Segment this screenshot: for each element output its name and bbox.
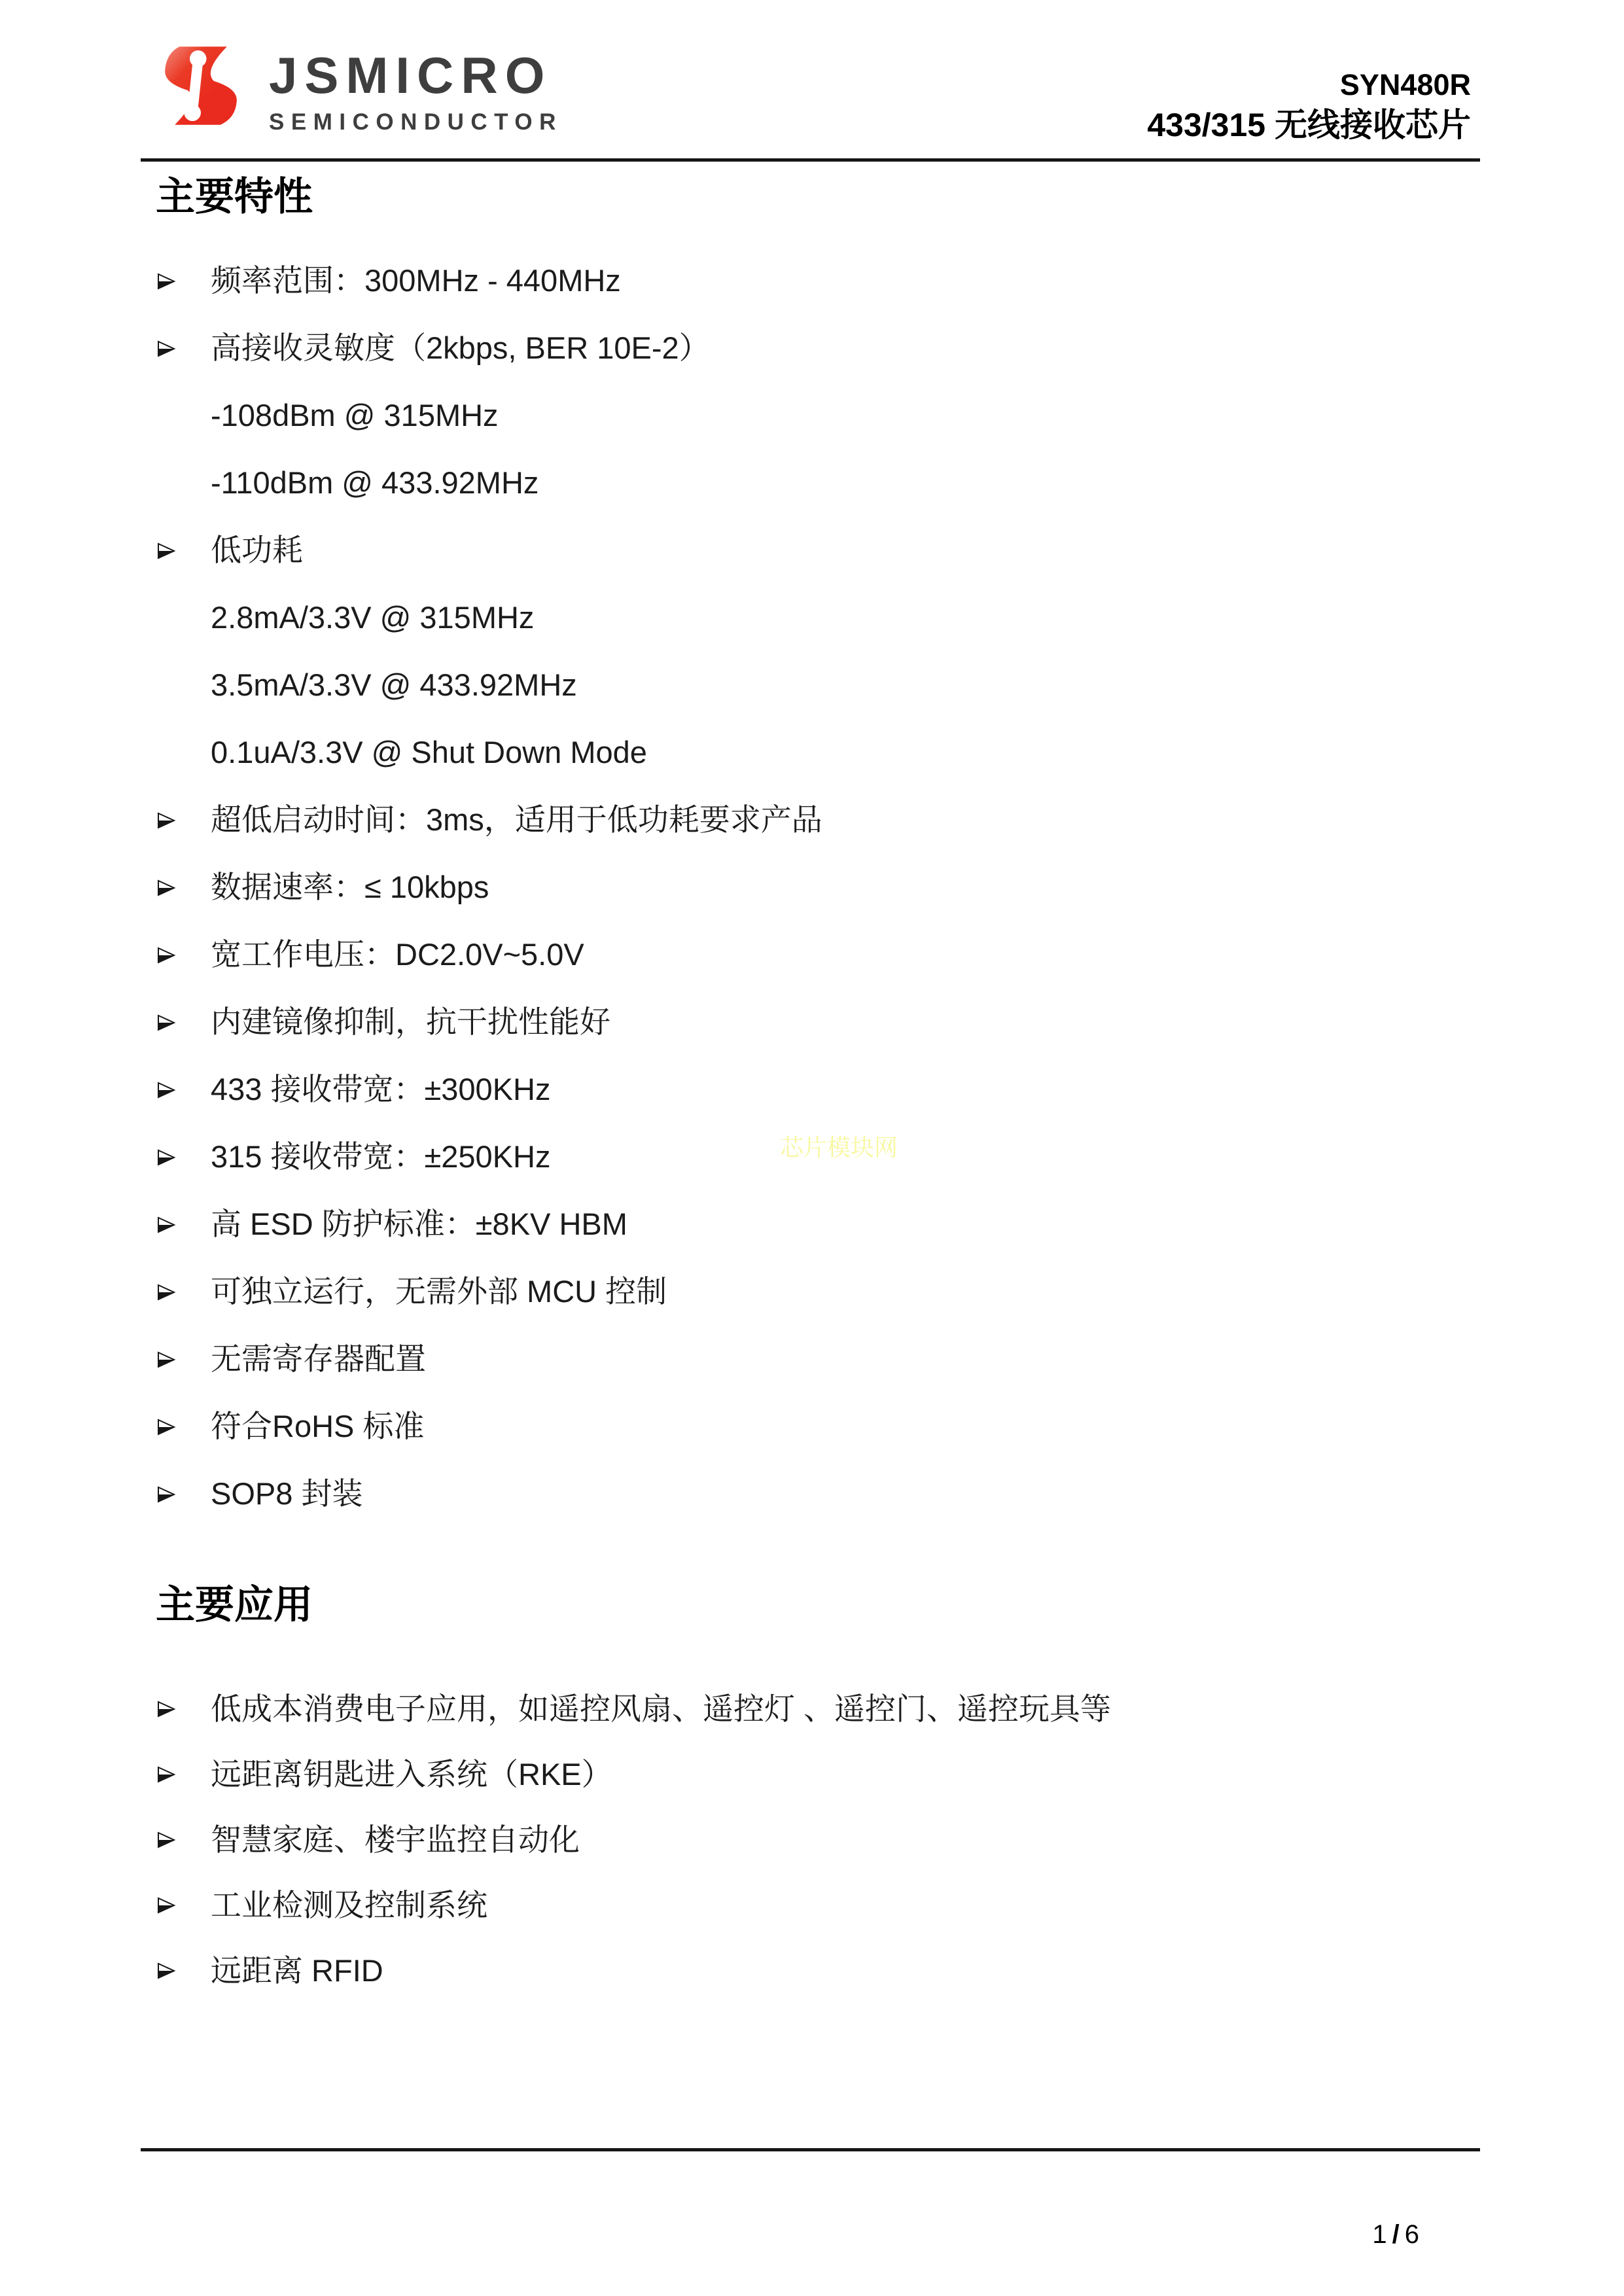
- application-text: 智慧家庭、楼宇监控自动化: [211, 1822, 580, 1858]
- feature-text: -110dBm @ 433.92MHz: [211, 465, 538, 501]
- site-watermark: 芯片模块网: [780, 1136, 898, 1159]
- page-separator: /: [1387, 2220, 1405, 2249]
- feature-item: 符合RoHS 标准: [156, 1393, 1485, 1460]
- feature-item: 低功耗: [156, 517, 1485, 584]
- application-text: 工业检测及控制系统: [211, 1888, 487, 1923]
- document-title-block: SYN480R 433/315 无线接收芯片: [1147, 69, 1471, 143]
- feature-subitem: -110dBm @ 433.92MHz: [156, 450, 1485, 517]
- logo-brand-text: JSMICRO: [269, 50, 563, 101]
- feature-text: 超低启动时间：3ms，适用于低功耗要求产品: [211, 802, 822, 838]
- arrow-bullet-icon: [156, 1830, 176, 1850]
- feature-item: 433 接收带宽：±300KHz: [156, 1056, 1485, 1123]
- product-name: SYN480R: [1147, 69, 1471, 101]
- application-text: 低成本消费电子应用，如遥控风扇、遥控灯 、遥控门、遥控玩具等: [211, 1691, 1111, 1727]
- logo-wordmark: JSMICRO SEMICONDUCTOR: [269, 50, 563, 133]
- arrow-bullet-icon: [156, 878, 176, 898]
- feature-text: 内建镜像抑制，抗干扰性能好: [211, 1004, 610, 1040]
- logo-tagline-text: SEMICONDUCTOR: [269, 111, 563, 133]
- applications-list: 低成本消费电子应用，如遥控风扇、遥控灯 、遥控门、遥控玩具等 远距离钥匙进入系统…: [156, 1676, 1485, 2004]
- arrow-bullet-icon: [156, 541, 176, 561]
- company-logo: JSMICRO SEMICONDUCTOR: [159, 34, 563, 137]
- application-item: 工业检测及控制系统: [156, 1873, 1485, 1938]
- feature-item: 无需寄存器配置: [156, 1326, 1485, 1393]
- feature-text: 0.1uA/3.3V @ Shut Down Mode: [211, 735, 647, 770]
- product-subtitle: 433/315 无线接收芯片: [1147, 107, 1471, 143]
- page-number: 1/6: [1372, 2220, 1419, 2250]
- arrow-bullet-icon: [156, 1148, 176, 1167]
- feature-item: 超低启动时间：3ms，适用于低功耗要求产品: [156, 786, 1485, 854]
- application-text: 远距离钥匙进入系统（RKE）: [211, 1757, 612, 1792]
- feature-text: 数据速率：≤ 10kbps: [211, 870, 489, 905]
- footer-rule: [141, 2148, 1480, 2151]
- feature-text: 无需寄存器配置: [211, 1341, 426, 1377]
- feature-text: SOP8 封装: [211, 1476, 362, 1511]
- feature-item: 内建镜像抑制，抗干扰性能好: [156, 989, 1485, 1056]
- application-item: 远距离 RFID: [156, 1938, 1485, 2004]
- feature-subitem: -108dBm @ 315MHz: [156, 382, 1485, 450]
- feature-subitem: 2.8mA/3.3V @ 315MHz: [156, 584, 1485, 652]
- feature-text: 频率范围：300MHz - 440MHz: [211, 263, 621, 298]
- feature-item: 高接收灵敏度（2kbps, BER 10E-2）: [156, 315, 1485, 382]
- feature-text: 可独立运行，无需外部 MCU 控制: [211, 1274, 667, 1309]
- arrow-bullet-icon: [156, 1013, 176, 1033]
- header-rule: [141, 158, 1480, 162]
- arrow-bullet-icon: [156, 1350, 176, 1369]
- arrow-bullet-icon: [156, 1282, 176, 1302]
- arrow-bullet-icon: [156, 1699, 176, 1719]
- feature-item: SOP8 封装: [156, 1460, 1485, 1528]
- page-current: 1: [1372, 2220, 1386, 2249]
- feature-text: 低功耗: [211, 533, 303, 568]
- arrow-bullet-icon: [156, 811, 176, 830]
- feature-item: 数据速率：≤ 10kbps: [156, 854, 1485, 921]
- application-text: 远距离 RFID: [211, 1953, 383, 1988]
- jsmicro-s-logo-icon: [159, 34, 243, 137]
- arrow-bullet-icon: [156, 945, 176, 965]
- feature-text: 高接收灵敏度（2kbps, BER 10E-2）: [211, 330, 710, 366]
- feature-subitem: 0.1uA/3.3V @ Shut Down Mode: [156, 719, 1485, 786]
- feature-item: 高 ESD 防护标准：±8KV HBM: [156, 1191, 1485, 1258]
- arrow-bullet-icon: [156, 1417, 176, 1437]
- features-heading: 主要特性: [156, 177, 313, 217]
- page-total: 6: [1405, 2220, 1419, 2249]
- datasheet-page: JSMICRO SEMICONDUCTOR SYN480R 433/315 无线…: [0, 0, 1624, 2296]
- arrow-bullet-icon: [156, 1896, 176, 1915]
- feature-text: 宽工作电压：DC2.0V~5.0V: [211, 937, 584, 972]
- applications-heading: 主要应用: [156, 1585, 313, 1625]
- arrow-bullet-icon: [156, 272, 176, 291]
- feature-text: 2.8mA/3.3V @ 315MHz: [211, 600, 534, 635]
- arrow-bullet-icon: [156, 1961, 176, 1981]
- feature-text: 315 接收带宽：±250KHz: [211, 1139, 550, 1174]
- feature-item: 可独立运行，无需外部 MCU 控制: [156, 1258, 1485, 1326]
- application-item: 远距离钥匙进入系统（RKE）: [156, 1742, 1485, 1807]
- arrow-bullet-icon: [156, 1765, 176, 1784]
- feature-text: 3.5mA/3.3V @ 433.92MHz: [211, 667, 577, 703]
- feature-item: 宽工作电压：DC2.0V~5.0V: [156, 921, 1485, 989]
- application-item: 低成本消费电子应用，如遥控风扇、遥控灯 、遥控门、遥控玩具等: [156, 1676, 1485, 1742]
- feature-item: 频率范围：300MHz - 440MHz: [156, 247, 1485, 315]
- feature-text: 433 接收带宽：±300KHz: [211, 1072, 550, 1107]
- feature-text: -108dBm @ 315MHz: [211, 398, 499, 433]
- feature-text: 符合RoHS 标准: [211, 1409, 424, 1444]
- arrow-bullet-icon: [156, 339, 176, 359]
- feature-text: 高 ESD 防护标准：±8KV HBM: [211, 1207, 627, 1242]
- arrow-bullet-icon: [156, 1215, 176, 1235]
- arrow-bullet-icon: [156, 1080, 176, 1100]
- feature-subitem: 3.5mA/3.3V @ 433.92MHz: [156, 652, 1485, 719]
- features-list: 频率范围：300MHz - 440MHz 高接收灵敏度（2kbps, BER 1…: [156, 247, 1485, 1528]
- application-item: 智慧家庭、楼宇监控自动化: [156, 1807, 1485, 1873]
- arrow-bullet-icon: [156, 1485, 176, 1504]
